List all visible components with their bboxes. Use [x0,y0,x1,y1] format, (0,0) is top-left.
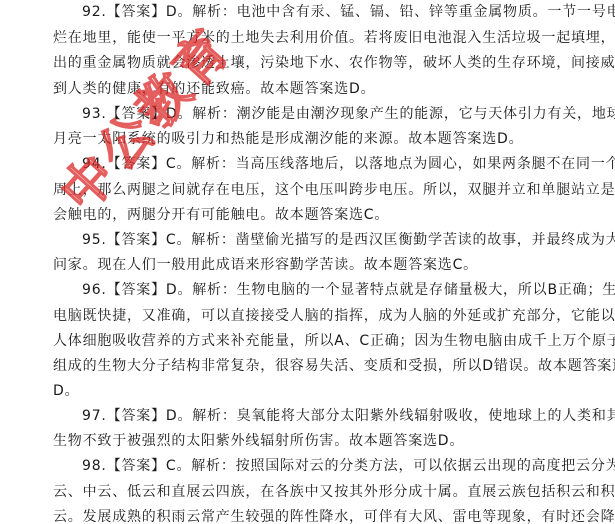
answer-93-line-2: 月亮一太阳系统的吸引力和热能是形成潮汐能的来源。故本题答案选D。 [53,129,523,149]
answer-92-line-4: 到人类的健康，有的还能致癌。故本题答案选D。 [53,79,375,99]
answer-97-line-1: 97.【答案】D。解析：臭氧能将大部分太阳紫外线辐射吸收，使地球上的人类和其他 [82,406,615,426]
answer-98-line-3: 云。发展成熟的积雨云常产生较强的阵性降水，可伴有大风、雷电等现象，有时还会降冰 [53,507,615,524]
answer-96-line-2: 电脑既快捷，又准确，可以直接接受人脑的指挥，成为人脑的外延或扩充部分，它能以从 [53,306,615,326]
answer-94-line-2: 周上，那么两腿之间就存在电压，这个电压叫跨步电压。所以，双腿并立和单腿站立是不 [53,180,615,200]
answer-93-line-1: 93.【答案】D。解析：潮汐能是由潮汐现象产生的能源，它与天体引力有关，地球一 [82,104,615,124]
answer-97-line-2: 生物不致于被强烈的太阳紫外线辐射所伤害。故本题答案选D。 [53,431,464,451]
answer-92-line-2: 烂在地里，能使一平方米的土地失去利用价值。若将废旧电池混入生活垃圾一起填埋，渗 [53,28,615,48]
answer-96-line-5: D。 [53,381,79,401]
answer-98-line-1: 98.【答案】C。解析：按照国际对云的分类方法，可以依据云出现的高度把云分为高 [82,456,615,476]
answer-98-line-2: 云、中云、低云和直展云四族，在各族中又按其外形分成十属。直展云族包括积云和积雨 [53,482,615,502]
answer-95-line-2: 问家。现在人们一般用此成语来形容勤学苦读。故本题答案选C。 [53,255,478,275]
document-page: 92.【答案】D。解析：电池中含有汞、锰、镉、铅、锌等重金属物质。一节一号电池 … [0,0,615,524]
answer-92-line-3: 出的重金属物质就会渗透土壤，污染地下水、农作物等，破坏人类的生存环境，间接威胁 [53,53,615,73]
answer-94-line-3: 会触电的，两腿分开有可能触电。故本题答案选C。 [53,205,389,225]
answer-96-line-3: 人体细胞吸收营养的方式来补充能量，所以A、C正确；因为生物电脑由成千上万个原子 [53,331,615,351]
answer-94-line-1: 94.【答案】C。解析：当高压线落地后，以落地点为圆心，如果两条腿不在同一个圆 [82,154,615,174]
answer-95-line-1: 95.【答案】C。解析：凿壁偷光描写的是西汉匡衡勤学苦读的故事，并最终成为大学 [82,230,615,250]
answer-92-line-1: 92.【答案】D。解析：电池中含有汞、锰、镉、铅、锌等重金属物质。一节一号电池 [82,2,615,22]
answer-96-line-1: 96.【答案】D。解析：生物电脑的一个显著特点就是存储量极大，所以B正确；生物 [82,280,615,300]
answer-96-line-4: 组成的生物大分子结构非常复杂，很容易失活、变质和受损，所以D错误。故本题答案选 [53,356,615,376]
